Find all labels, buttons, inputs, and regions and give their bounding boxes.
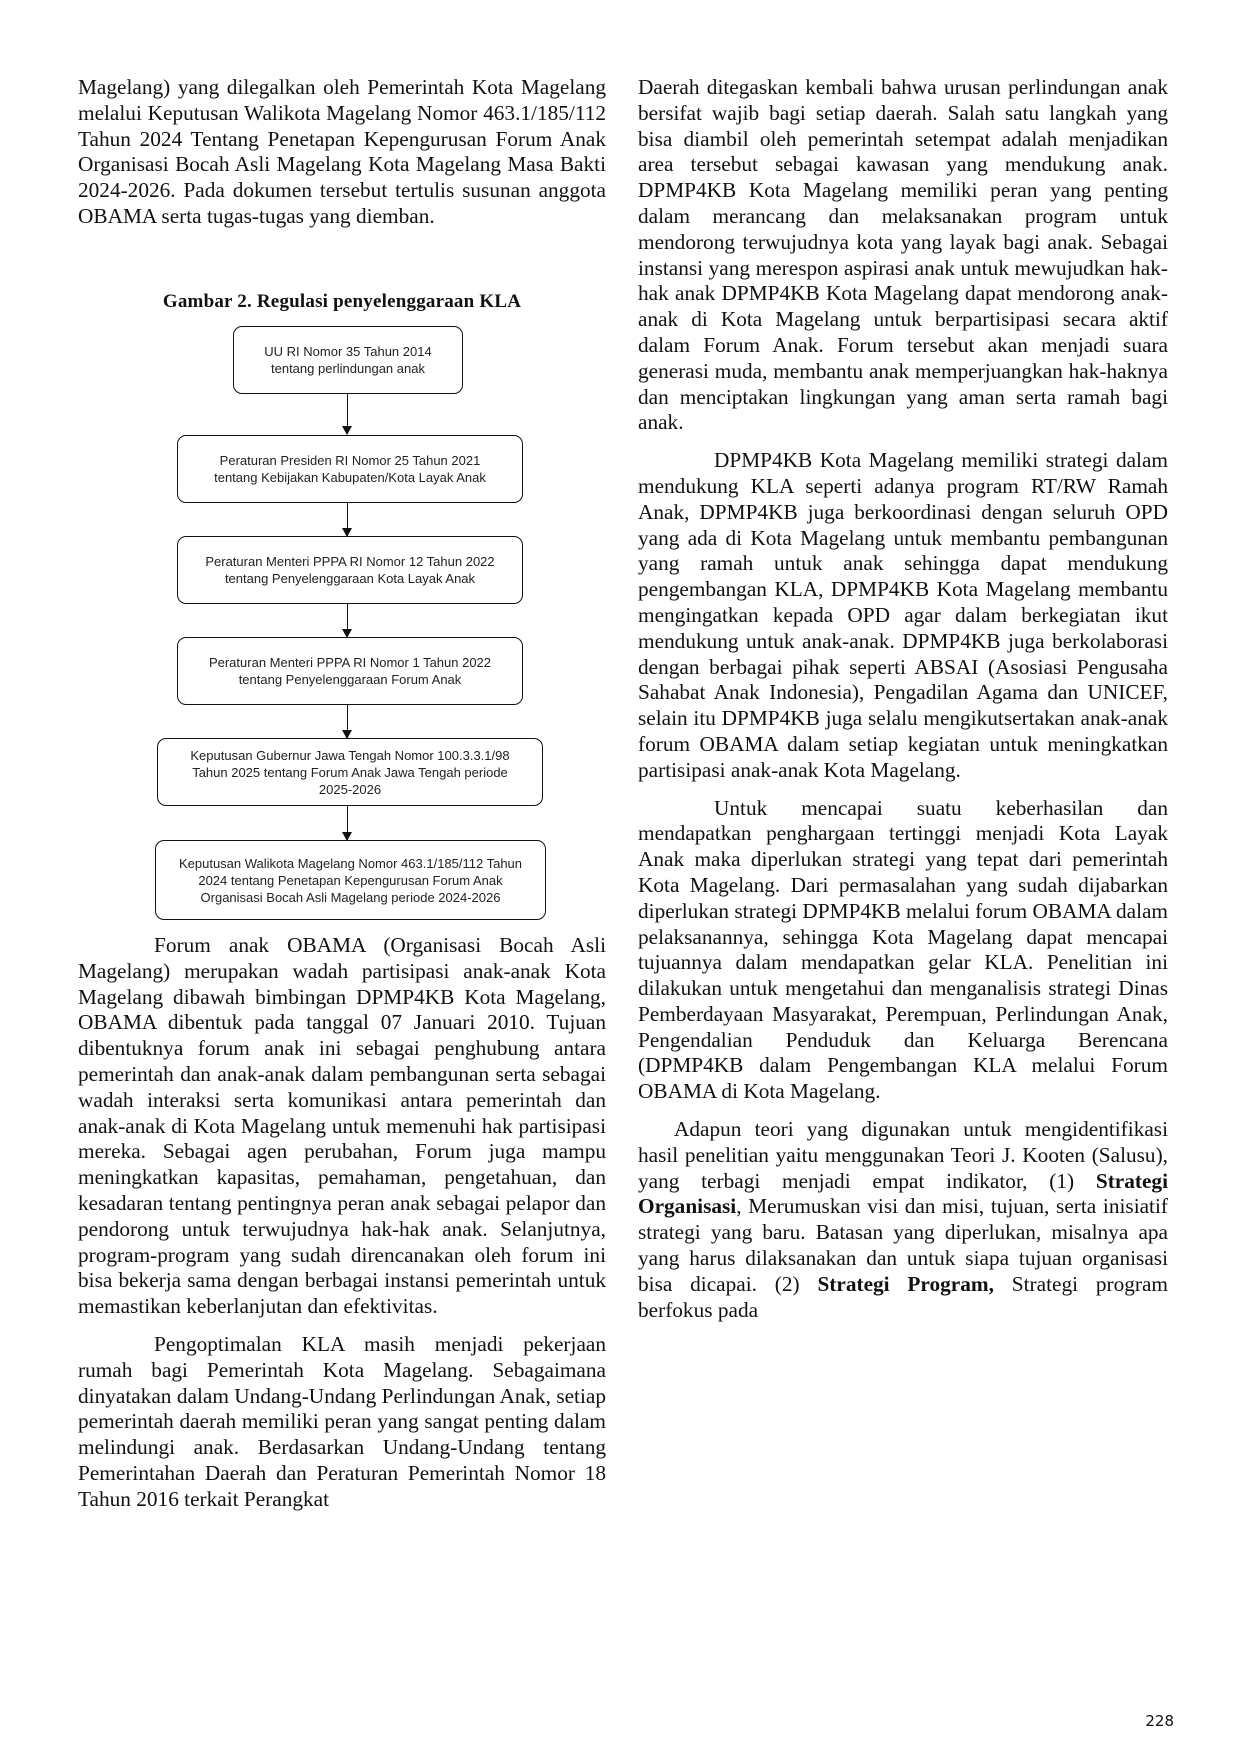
arrow-down-icon bbox=[347, 604, 348, 637]
flow-box-text: Peraturan Menteri PPPA RI Nomor 1 Tahun … bbox=[209, 654, 491, 688]
flow-box-text: Peraturan Presiden RI Nomor 25 Tahun 202… bbox=[214, 452, 486, 486]
arrow-down-icon bbox=[347, 394, 348, 434]
paragraph-left-2: Forum anak OBAMA (Organisasi Bocah Asli … bbox=[78, 933, 606, 1320]
regulation-flowchart: UU RI Nomor 35 Tahun 2014 tentang perlin… bbox=[78, 318, 606, 928]
flow-box-kepwali-magelang-2024: Keputusan Walikota Magelang Nomor 463.1/… bbox=[155, 840, 546, 920]
arrow-down-icon bbox=[347, 705, 348, 738]
flow-box-text: Keputusan Walikota Magelang Nomor 463.1/… bbox=[179, 855, 522, 906]
paragraph-left-3: Pengoptimalan KLA masih menjadi pekerjaa… bbox=[78, 1332, 606, 1513]
flow-box-text: UU RI Nomor 35 Tahun 2014 tentang perlin… bbox=[264, 343, 431, 377]
paragraph-right-4: Adapun teori yang digunakan untuk mengid… bbox=[638, 1117, 1168, 1323]
arrow-down-icon bbox=[347, 503, 348, 536]
flow-box-permen-pppa-1-2022: Peraturan Menteri PPPA RI Nomor 1 Tahun … bbox=[177, 637, 523, 705]
flow-box-text: Keputusan Gubernur Jawa Tengah Nomor 100… bbox=[190, 747, 509, 798]
paragraph-right-2: DPMP4KB Kota Magelang memiliki strategi … bbox=[638, 448, 1168, 783]
paragraph-left-1: Magelang) yang dilegalkan oleh Pemerinta… bbox=[78, 75, 606, 230]
arrow-down-icon bbox=[347, 806, 348, 840]
flow-box-kepgub-jateng-2025: Keputusan Gubernur Jawa Tengah Nomor 100… bbox=[157, 738, 543, 806]
paragraph-right-1: Daerah ditegaskan kembali bahwa urusan p… bbox=[638, 75, 1168, 436]
figure-caption: Gambar 2. Regulasi penyelenggaraan KLA bbox=[78, 291, 606, 313]
theory-text-a: Adapun teori yang digunakan untuk mengid… bbox=[638, 1117, 1168, 1193]
left-column-bottom: Forum anak OBAMA (Organisasi Bocah Asli … bbox=[78, 933, 606, 1513]
left-column-top: Magelang) yang dilegalkan oleh Pemerinta… bbox=[78, 75, 606, 230]
page-number: 228 bbox=[1145, 1712, 1174, 1730]
flow-box-perpres-25-2021: Peraturan Presiden RI Nomor 25 Tahun 202… bbox=[177, 435, 523, 503]
flow-box-uu-35-2014: UU RI Nomor 35 Tahun 2014 tentang perlin… bbox=[233, 326, 463, 394]
right-column: Daerah ditegaskan kembali bahwa urusan p… bbox=[638, 75, 1168, 1323]
flow-box-permen-pppa-12-2022: Peraturan Menteri PPPA RI Nomor 12 Tahun… bbox=[177, 536, 523, 604]
indicator-strategi-program: Strategi Program, bbox=[817, 1272, 994, 1296]
document-page: Magelang) yang dilegalkan oleh Pemerinta… bbox=[0, 0, 1240, 1754]
paragraph-right-3: Untuk mencapai suatu keberhasilan dan me… bbox=[638, 796, 1168, 1106]
flow-box-text: Peraturan Menteri PPPA RI Nomor 12 Tahun… bbox=[205, 553, 494, 587]
